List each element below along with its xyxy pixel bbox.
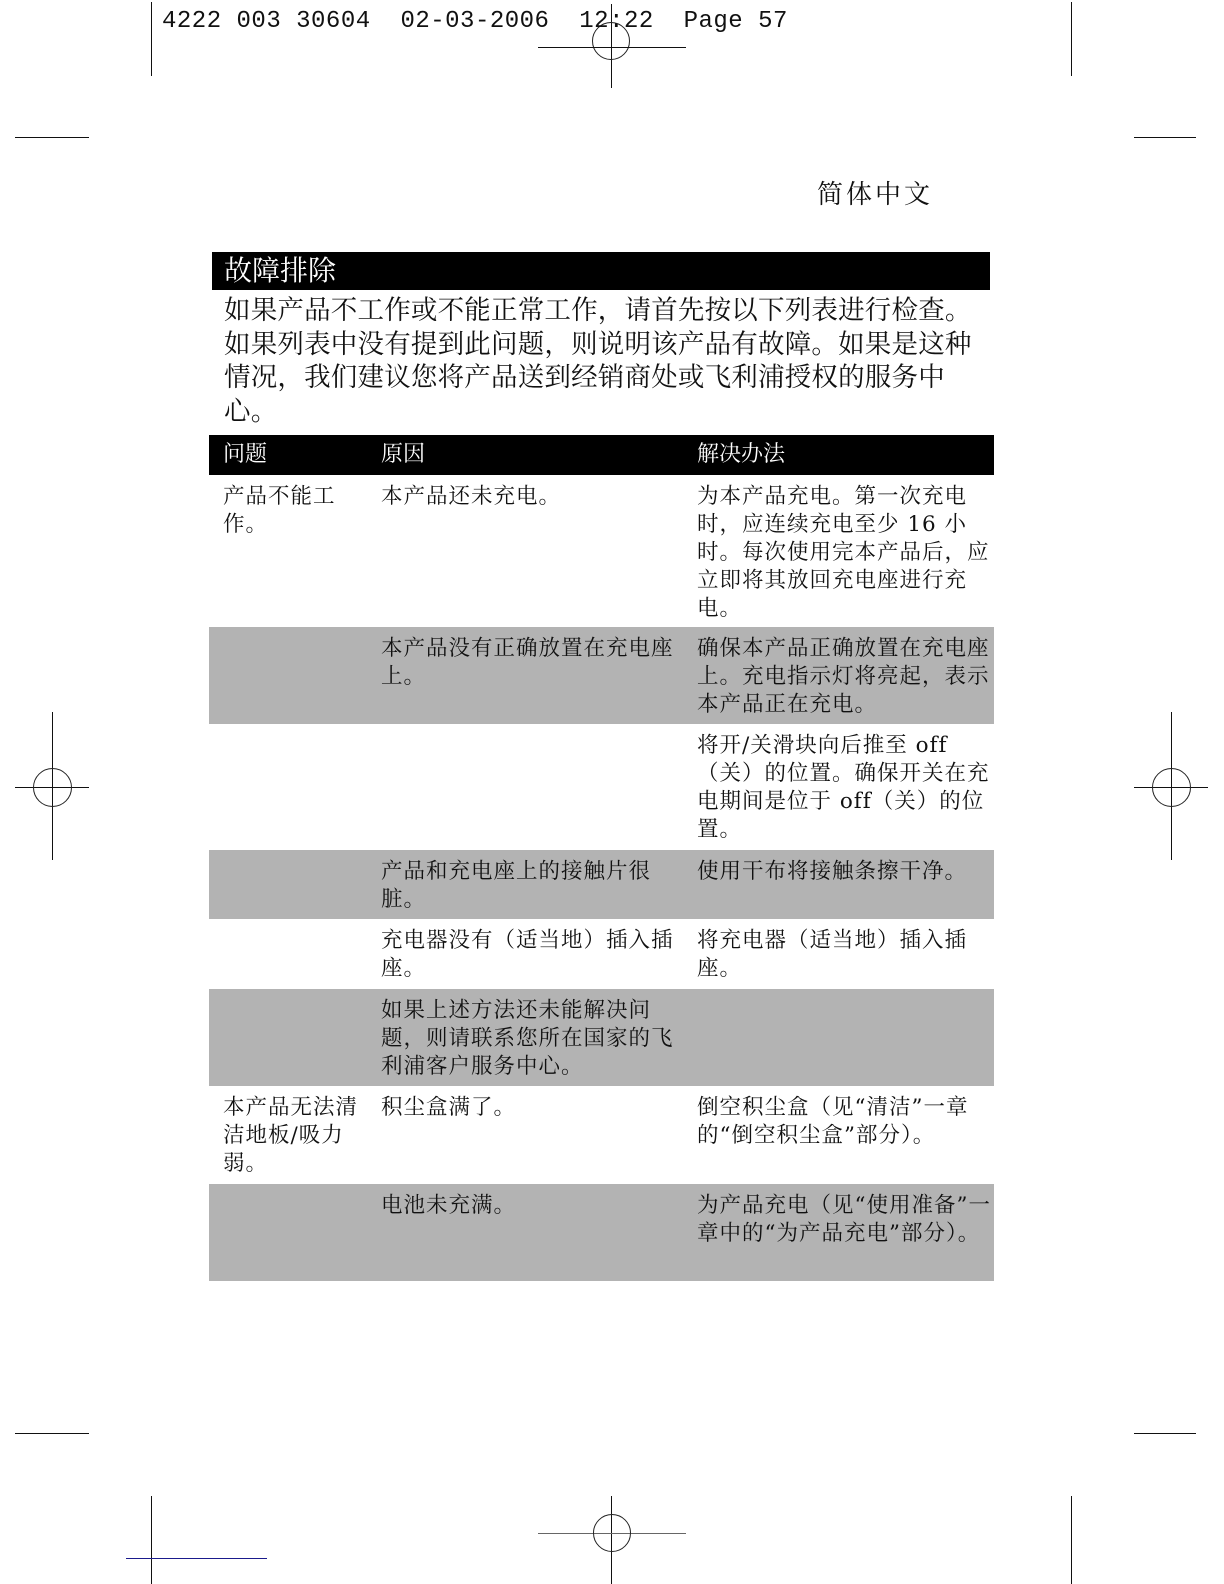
cell-solution: 为本产品充电。第一次充电时，应连续充电至少 16 小时。每次使用完本产品后，应立… bbox=[683, 475, 994, 627]
header-cause: 原因 bbox=[367, 435, 683, 475]
cell-cause: 本产品还未充电。 bbox=[367, 475, 683, 627]
cell-cause: 本产品没有正确放置在充电座上。 bbox=[367, 627, 683, 724]
table-row: 本产品没有正确放置在充电座上。 确保本产品正确放置在充电座上。充电指示灯将亮起，… bbox=[209, 627, 994, 724]
table-row: 本产品无法清洁地板/吸力弱。 积尘盒满了。 倒空积尘盒（见“清洁”一章的“倒空积… bbox=[209, 1086, 994, 1184]
slug-underline bbox=[538, 47, 686, 48]
crop-mark bbox=[1134, 1433, 1196, 1434]
cell-problem bbox=[209, 724, 367, 850]
section-heading-bar: 故障排除 bbox=[212, 252, 990, 290]
cell-cause: 产品和充电座上的接触片很脏。 bbox=[367, 850, 683, 919]
cell-problem bbox=[209, 850, 367, 919]
crop-mark bbox=[1134, 137, 1196, 138]
cell-solution bbox=[683, 989, 994, 1086]
print-slug: 4222 003 30604 02-03-2006 12:22 Page 57 bbox=[162, 8, 788, 35]
troubleshooting-table: 问题 原因 解决办法 产品不能工作。 本产品还未充电。 为本产品充电。第一次充电… bbox=[209, 435, 994, 1281]
cell-solution: 将开/关滑块向后推至 off（关）的位置。确保开关在充电期间是位于 off（关）… bbox=[683, 724, 994, 850]
cell-solution: 倒空积尘盒（见“清洁”一章的“倒空积尘盒”部分）。 bbox=[683, 1086, 994, 1184]
crop-mark bbox=[151, 2, 152, 76]
section-title: 故障排除 bbox=[224, 253, 336, 289]
language-label: 简体中文 bbox=[817, 174, 933, 211]
cell-solution: 为产品充电（见“使用准备”一章中的“为产品充电”部分）。 bbox=[683, 1184, 994, 1281]
header-problem: 问题 bbox=[209, 435, 367, 475]
table-header: 问题 原因 解决办法 bbox=[209, 435, 994, 475]
registration-circle-icon bbox=[33, 768, 72, 807]
cell-cause: 积尘盒满了。 bbox=[367, 1086, 683, 1184]
intro-paragraph: 如果产品不工作或不能正常工作，请首先按以下列表进行检查。如果列表中没有提到此问题… bbox=[224, 294, 994, 428]
header-solution: 解决办法 bbox=[683, 435, 994, 475]
cell-solution: 确保本产品正确放置在充电座上。充电指示灯将亮起，表示本产品正在充电。 bbox=[683, 627, 994, 724]
table-row: 如果上述方法还未能解决问题，则请联系您所在国家的飞利浦客户服务中心。 bbox=[209, 989, 994, 1086]
cell-problem bbox=[209, 627, 367, 724]
table-row: 充电器没有（适当地）插入插座。 将充电器（适当地）插入插座。 bbox=[209, 919, 994, 989]
cell-problem bbox=[209, 919, 367, 989]
registration-circle-icon bbox=[593, 1514, 631, 1552]
table-row: 电池未充满。 为产品充电（见“使用准备”一章中的“为产品充电”部分）。 bbox=[209, 1184, 994, 1281]
table-row: 产品不能工作。 本产品还未充电。 为本产品充电。第一次充电时，应连续充电至少 1… bbox=[209, 475, 994, 627]
cell-solution: 将充电器（适当地）插入插座。 bbox=[683, 919, 994, 989]
table-row: 将开/关滑块向后推至 off（关）的位置。确保开关在充电期间是位于 off（关）… bbox=[209, 724, 994, 850]
cell-problem: 产品不能工作。 bbox=[209, 475, 367, 627]
cell-problem: 本产品无法清洁地板/吸力弱。 bbox=[209, 1086, 367, 1184]
cell-cause: 如果上述方法还未能解决问题，则请联系您所在国家的飞利浦客户服务中心。 bbox=[367, 989, 683, 1086]
cell-cause bbox=[367, 724, 683, 850]
crop-mark bbox=[126, 1558, 267, 1559]
crop-mark bbox=[1071, 2, 1072, 76]
registration-circle-icon bbox=[1152, 768, 1191, 807]
cell-problem bbox=[209, 989, 367, 1086]
cell-problem bbox=[209, 1184, 367, 1281]
crop-mark bbox=[151, 1496, 152, 1584]
table-row: 产品和充电座上的接触片很脏。 使用干布将接触条擦干净。 bbox=[209, 850, 994, 919]
crop-mark bbox=[1071, 1496, 1072, 1584]
cell-solution: 使用干布将接触条擦干净。 bbox=[683, 850, 994, 919]
cell-cause: 电池未充满。 bbox=[367, 1184, 683, 1281]
crop-mark bbox=[15, 137, 89, 138]
cell-cause: 充电器没有（适当地）插入插座。 bbox=[367, 919, 683, 989]
crop-mark bbox=[15, 1433, 89, 1434]
